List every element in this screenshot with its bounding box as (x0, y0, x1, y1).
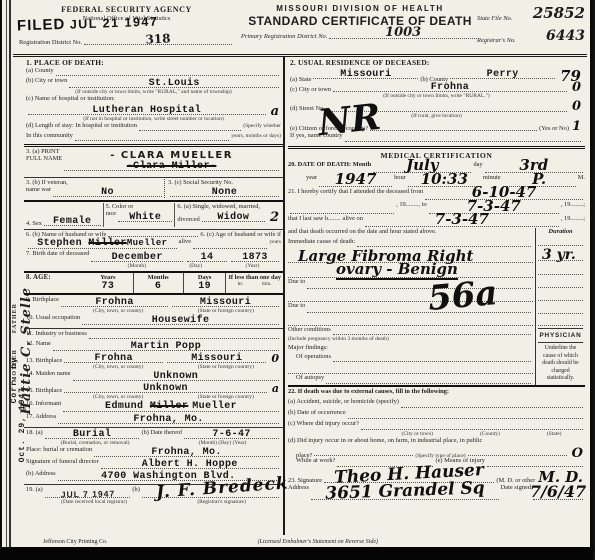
injury-where-label: (c) Where did injury occur? (288, 420, 359, 427)
injury-where-blank (361, 428, 583, 430)
date-signed-value: 7/6/47 (530, 482, 586, 501)
operations-spacer (288, 363, 533, 374)
primary-district-blank: 1003 (329, 37, 477, 39)
certificate-title: STANDARD CERTIFICATE OF DEATH (241, 14, 479, 28)
autopsy-label: Of autopsy (296, 374, 324, 381)
spouse-blank: Stephen MillerMueller (28, 247, 177, 249)
form-footer: Jefferson City Printing Co. (Licensed Em… (13, 535, 587, 547)
due-to-dots1 (307, 287, 531, 289)
physician-signature-label: 23. Signature (288, 477, 322, 484)
birthplace-section: 9. Birthplace Frohna Missouri (City, tow… (24, 295, 283, 329)
marital-label1: 6. (a) Single, widowed, married, (177, 203, 281, 210)
veteran-value: No (101, 187, 114, 198)
physician-label: PHYSICIAN (538, 328, 583, 339)
informant-value: Edmund Miller Mueller (105, 395, 237, 413)
name-country-row: If yes, name country (290, 132, 583, 143)
other-conditions-label: Other conditions (288, 326, 331, 333)
other-conditions-note: (Include pregnancy within 3 months of de… (288, 336, 533, 342)
informant-label: 16. Informant (26, 400, 61, 407)
occurrence-date-row: (b) Date of occurrence (288, 409, 585, 420)
right-column: 2. USUAL RESIDENCE OF DECEASED: (a) Stat… (285, 57, 587, 535)
accident-blank (401, 406, 583, 408)
father-name-value: Martin Popp (131, 341, 201, 352)
father-name-blank: Martin Popp (53, 349, 279, 351)
spouse-first: Stephen (37, 238, 88, 249)
attended-section: 21. I hereby certify that I attended the… (288, 188, 585, 228)
registrar-signature-note: (Registrar's signature) (197, 499, 246, 505)
physician-note: Underline the cause of which death shoul… (538, 342, 583, 383)
duration-line1 (538, 235, 583, 246)
day-note: (Day) (189, 263, 202, 269)
means-of-injury-blank (487, 465, 583, 467)
residence-state-value: Missouri (340, 69, 391, 80)
duration-value: 3 yr. (542, 247, 576, 263)
operations-label: Of operations (296, 353, 331, 360)
veteran-blank: No (53, 195, 162, 197)
dod-line2: year 1947 hour 10:33 minute P. M. (288, 174, 585, 188)
mother-name-blank: Unknown (73, 379, 279, 381)
physician-address-row: Address 3651 Grandel Sq Date signed 7/6/… (288, 484, 585, 501)
residence-city-label: (c) City or town (290, 86, 331, 93)
marital-cell: 6. (a) Single, widowed, married, divorce… (174, 203, 281, 227)
county-row: (a) County (26, 67, 281, 77)
injury-place-blank2 (468, 454, 567, 456)
veteran-row: name war No (26, 186, 164, 198)
due-to-label1: Due to (288, 278, 305, 285)
residence-code-d: 0 (572, 99, 581, 114)
citizen-note: (Yes or No) (539, 125, 569, 132)
ssn-label: 3. (c) Social Security No. (168, 179, 281, 186)
county-label: (a) County (26, 67, 54, 74)
community-note: years, months or days) (231, 133, 281, 139)
left-column: FATHER MOTHER Corr. by Oct. 29, 1947 Hat… (13, 57, 285, 535)
birthplace-city: Frohna (95, 297, 133, 308)
parents-informant-section: 11. Industry or business 12. Name Martin… (24, 329, 283, 428)
ssn-row: None (168, 186, 281, 198)
father-margin-label: FATHER (12, 303, 18, 333)
registrar-item-label: 19. (a) (26, 486, 43, 493)
funeral-director-row: Signature of funeral director Albert H. … (26, 458, 281, 470)
industry-label: 11. Industry or business (26, 330, 87, 337)
certificate-paper: FEDERAL SECURITY AGENCY National Office … (2, 0, 590, 547)
spouse-age-unit: years (269, 239, 281, 245)
mother-name-row: 14. Maiden name Unknown (26, 370, 281, 382)
birthdate-year: 1873 (242, 252, 268, 263)
month-note: (Month) (128, 263, 146, 269)
filed-stamp: FILED JUL 21 1947 (17, 13, 159, 36)
residence-street-row: (d) Street No. 0 (290, 99, 583, 113)
major-findings-label: Major findings: (288, 344, 533, 353)
race-row: race White (106, 210, 175, 223)
length-of-stay-blank (139, 129, 241, 131)
birthdate-notes: (Month) (Day) (Year) (26, 263, 281, 269)
at-work-label: While at work? (296, 457, 335, 464)
registrar-number-label: Registrar's No. (477, 37, 516, 44)
attended-line2-post: , 19........; (561, 201, 585, 208)
birthplace-state-blank: Missouri (172, 305, 279, 307)
marital-label2: divorced (177, 216, 199, 223)
burial-item-label: 18. (a) (26, 429, 43, 436)
attended-to-label: , 19........, to (396, 201, 427, 208)
race-blank: White (118, 220, 172, 222)
residence-state-row: (a) State Missouri (b) County Perry 79 (290, 67, 583, 80)
burial-place-value: Frohna, Mo. (151, 447, 221, 458)
sex-blank: Female (44, 224, 101, 226)
citizen-label: (e) Citizen of foreign country? (290, 125, 368, 132)
registrar-number-value: 6443 (546, 28, 585, 44)
primary-district-stamp: 1003 (385, 25, 421, 40)
length-of-stay-row: (d) Length of stay: In hospital or insti… (26, 122, 281, 132)
county-blank (56, 74, 279, 76)
occupation-blank: Housewife (82, 323, 279, 325)
burial-place-row: Place: burial or cremation Frohna, Mo. (26, 446, 281, 458)
veteran-ssn-cells: 3. (b) If veteran, name war No 3. (c) So… (26, 179, 281, 198)
birthplace-state: Missouri (200, 297, 251, 308)
duration-line6 (538, 301, 583, 314)
year-note: (Year) (245, 263, 259, 269)
registrar-number-line: Registrar's No. 6443 (477, 28, 585, 44)
age-less-than-day-cell: If less than one day hr. min. (225, 273, 283, 293)
form-body: FATHER MOTHER Corr. by Oct. 29, 1947 Hat… (13, 57, 587, 535)
injury-place-blank1 (314, 454, 413, 456)
residence-state-blank: Missouri (313, 77, 418, 79)
city-blank: St.Louis (69, 86, 279, 88)
spouse-age-label: 6. (c) Age of husband or wife if (200, 231, 281, 238)
informant-row: 16. Informant Edmund Miller Mueller (26, 400, 281, 413)
cause-main: and that death occurred on the date and … (288, 228, 535, 385)
birthplace-label: 9. Birthplace (26, 296, 59, 303)
residence-section: 2. USUAL RESIDENCE OF DECEASED: (a) Stat… (288, 57, 585, 149)
death-occurred-line: and that death occurred on the date and … (288, 228, 533, 238)
occupation-value: Housewife (152, 315, 210, 326)
burial-date-blank: 7-6-47 (184, 437, 279, 439)
father-name-row: 12. Name Martin Popp (26, 340, 281, 352)
dod-hour-blank: 10:33 (408, 185, 481, 187)
immediate-cause-row: Immediate cause of death: (288, 238, 533, 248)
birthdate-month: December (112, 252, 163, 263)
sex-value: Female (53, 216, 91, 227)
injury-where-row: (c) Where did injury occur? (288, 420, 585, 431)
informant-struck-surname: Miller (150, 401, 188, 412)
community-row: In this community years, months or days) (26, 132, 281, 142)
funeral-address-row: (b) Address 4700 Washington Blvd. (26, 470, 281, 482)
informant-address-label: 17. Address (26, 413, 56, 420)
father-birthplace-row: 13. Birthplace Frohna Missouri 0 (26, 352, 281, 364)
residence-code-c: 0 (572, 80, 581, 95)
burial-date-value: 7-6-47 (212, 429, 250, 440)
marital-blank: Widow (202, 220, 265, 222)
informant-corrected-surname: Mueller (192, 401, 237, 412)
mother-name-value: Unknown (153, 371, 198, 382)
age-title-cell: 8. AGE: (24, 273, 83, 293)
residence-title: 2. USUAL RESIDENCE OF DECEASED: (290, 58, 583, 67)
informant-address-blank: Frohna, Mo. (58, 422, 279, 424)
physician-signature-section: 23. Signature Theo H. Hauser (M. D. or o… (288, 468, 585, 501)
sex-race-marital-cells: 4. Sex Female 5. Color or race White (26, 203, 281, 227)
state-file-label: State File No. (477, 15, 512, 22)
registrar-notes: (Date received local registrar) (Registr… (26, 499, 281, 505)
place-of-death-title: 1. PLACE OF DEATH: (26, 58, 281, 67)
father-birthplace-label: 13. Birthplace (26, 357, 62, 364)
registrar-signature-blank (142, 496, 279, 498)
spouse-birthdate-section: 6. (b) Name of husband or wife 6. (c) Ag… (24, 230, 283, 273)
birthdate-year-blank: 1873 (231, 260, 279, 262)
years-header: Years (85, 274, 130, 281)
occupation-row: 10. Usual occupation Housewife (26, 314, 281, 326)
min-label: min. (262, 281, 272, 287)
industry-blank (89, 337, 279, 339)
birthdate-day: 14 (201, 252, 214, 263)
printer-credit: Jefferson City Printing Co. (43, 539, 108, 545)
months-value: 6 (136, 281, 181, 292)
registrar-section: 19. (a) JUL 7 1947 (b) (Date received lo… (24, 485, 283, 506)
birthdate-label: 7. Birth date of deceased (26, 250, 89, 257)
other-conditions-dots (333, 333, 531, 335)
injury-place-row: place? (Specify type of place) O (288, 446, 585, 457)
burial-date-label: (b) Date thereof (141, 429, 182, 436)
dod-year-label: year (306, 174, 317, 181)
cause-hand-line2: ovary - Benign (336, 260, 458, 280)
injury-state-note: (State) (547, 431, 562, 437)
father-birthplace-state: Missouri (191, 353, 242, 364)
burial-row: 18. (a) Burial (b) Date thereof 7-6-47 (26, 429, 281, 440)
filed-stamp-word: FILED (17, 16, 66, 35)
physician-address-blank: 3651 Grandel Sq (311, 498, 499, 500)
dod-year: 1947 (335, 170, 377, 188)
registration-district-stamp: 318 (145, 31, 171, 46)
birthplace-city-blank: Frohna (61, 305, 168, 307)
residence-county-value: Perry (487, 69, 519, 80)
duration-line5 (538, 288, 583, 301)
duration-line7 (538, 314, 583, 326)
informant-address-value: Frohna, Mo. (133, 414, 203, 425)
accident-label: (a) Accident, suicide, or homicide (spec… (288, 398, 399, 405)
burial-blank: Burial (45, 437, 140, 439)
days-value: 19 (186, 281, 224, 292)
funeral-address-blank: 4700 Washington Blvd. (58, 479, 279, 481)
occurrence-date-label: (b) Date of occurrence (288, 409, 346, 416)
funeral-address-label: (b) Address (26, 470, 56, 477)
race-label2: race (106, 210, 117, 217)
primary-district-line: Primary Registration District No. 1003 (241, 33, 479, 40)
ssn-blank: None (170, 195, 279, 197)
informant-address-row: 17. Address Frohna, Mo. (26, 413, 281, 425)
hospital-label-row: (c) Name of hospital or institution: (26, 95, 281, 104)
other-conditions-row: Other conditions (288, 326, 533, 336)
title-block: MISSOURI DIVISION OF HEALTH STANDARD CER… (241, 4, 479, 40)
dod-minute-label: minute (483, 174, 501, 181)
registration-district-label: Registration District No. (19, 39, 82, 46)
sex-label: 4. Sex (26, 220, 42, 227)
marital-hand-mark: 2 (270, 210, 279, 225)
dod-day-label: day (473, 161, 482, 168)
date-signed-label: Date signed (501, 484, 531, 491)
hr-min-row: hr. min. (228, 281, 281, 287)
duration-line3 (538, 261, 583, 275)
race-cell: 5. Color or race White (103, 203, 175, 227)
sex-race-marital-section: 4. Sex Female 5. Color or race White (24, 202, 283, 230)
residence-city-blank: Frohna (333, 90, 567, 92)
funeral-director-value: Albert H. Hoppe (142, 459, 238, 470)
name-country-blank (345, 140, 581, 142)
informant-blank: Edmund Miller Mueller (63, 410, 279, 412)
months-header: Months (136, 274, 181, 281)
age-days-cell: Days 19 (183, 273, 226, 293)
father-birthplace-city: Frohna (95, 353, 133, 364)
attended-label: 21. I hereby certify that I attended the… (288, 188, 423, 195)
name-country-label: If yes, name country (290, 132, 343, 139)
specify-whether-note: (Specify whether (243, 123, 281, 129)
operations-row: Of operations (288, 353, 533, 363)
attended-line2-blank (290, 212, 394, 214)
length-of-stay-label: (d) Length of stay: In hospital or insti… (26, 122, 137, 129)
autopsy-dots (326, 382, 531, 384)
age-section: 8. AGE: Years 73 Months 6 Days 19 (24, 273, 283, 295)
mother-birthplace-mark: a (272, 382, 279, 395)
date-signed-blank: 7/6/47 (533, 498, 583, 500)
duration-line2: 3 yr. (538, 246, 583, 261)
immediate-cause-dots0 (357, 245, 531, 247)
father-birthplace-city-blank: Frohna (64, 361, 163, 363)
dod-year-blank: 1947 (319, 185, 392, 187)
years-value: 73 (85, 281, 130, 292)
community-label: In this community (26, 132, 73, 139)
race-label1: 5. Color or (106, 203, 175, 210)
print-label-line1: 3. (a) PRINT (26, 148, 60, 155)
residence-city-row: (c) City or town Frohna 0 (290, 80, 583, 93)
due-to-row2: Due to (288, 302, 533, 314)
spouse-alive-label: alive (179, 238, 191, 245)
dod-hour-label: hour (394, 174, 406, 181)
residence-city-value: Frohna (431, 82, 469, 93)
marital-row: divorced Widow 2 (177, 210, 281, 223)
date-of-death-section: 20. DATE OF DEATH: Month July day 3rd ye… (288, 161, 585, 188)
dod-hour: 10:33 (421, 170, 468, 188)
birthdate-month-blank: December (91, 260, 183, 262)
spouse-corrected-surname: Mueller (127, 238, 168, 248)
due-to-spacer2 (288, 314, 533, 326)
hospital-value-row: Lutheran Hospital a (26, 104, 281, 116)
mother-birthplace-blank: Unknown (64, 391, 267, 393)
birthplace-row: 9. Birthplace Frohna Missouri (26, 296, 281, 308)
days-header: Days (186, 274, 224, 281)
typed-name-struck: -Clara Miller- (127, 161, 217, 172)
due-to-spacer1 (288, 290, 533, 302)
sex-cell: 4. Sex Female (26, 203, 103, 227)
accident-row: (a) Accident, suicide, or homicide (spec… (288, 398, 585, 409)
immediate-cause-line1: Large Fibroma Right (288, 248, 533, 263)
autopsy-row: Of autopsy (288, 374, 533, 385)
industry-row: 11. Industry or business (26, 330, 281, 340)
birthdate-row: 7. Birth date of deceased December 14 18… (26, 250, 281, 263)
immediate-cause-line2: ovary - Benign (288, 263, 533, 278)
spouse-value: Stephen MillerMueller (37, 232, 167, 250)
dod-m-label: M. (578, 174, 585, 181)
mother-birthplace-row: 15. Birthplace Unknown a (26, 382, 281, 394)
duration-physician-strip: Duration 3 yr. PHYSICIAN Underline the c… (535, 228, 585, 385)
age-title: 8. AGE: (26, 274, 81, 281)
residence-street-blank (327, 110, 567, 112)
race-value: White (129, 212, 161, 223)
duration-header: Duration (538, 228, 583, 235)
full-name-row: 3. (a) PRINT FULL NAME - CLARA MUELLER -… (26, 148, 281, 172)
injury-county-note: (County) (480, 431, 500, 437)
attended-line1: 21. I hereby certify that I attended the… (288, 188, 585, 201)
ssn-cell: 3. (c) Social Security No. None (164, 179, 281, 198)
place-of-death-section: 1. PLACE OF DEATH: (a) County (b) City o… (24, 57, 283, 147)
spouse-age-blank (193, 247, 267, 249)
registrar-row: 19. (a) JUL 7 1947 (b) (26, 486, 281, 499)
veteran-label1: 3. (b) If veteran, (26, 179, 164, 186)
city-value: St.Louis (149, 78, 200, 89)
operations-dots (333, 360, 531, 362)
occupation-label: 10. Usual occupation (26, 314, 80, 321)
veteran-ssn-section: 3. (b) If veteran, name war No 3. (c) So… (24, 178, 283, 202)
physician-address: 3651 Grandel Sq (325, 478, 485, 504)
due-to-dots2 (307, 311, 531, 313)
age-table: 8. AGE: Years 73 Months 6 Days 19 (24, 273, 283, 293)
last-seen-line: that I last saw h........ alive on 7-3-4… (288, 215, 585, 228)
immediate-cause-label: Immediate cause of death: (288, 238, 355, 245)
duration-line4 (538, 275, 583, 288)
print-full-name-label: 3. (a) PRINT FULL NAME (26, 148, 62, 162)
external-causes-title: 22. If death was due to external causes,… (288, 388, 585, 398)
file-numbers-block: State File No. 25852 Registrar's No. 644… (477, 4, 585, 44)
registrar-sig-item-label: (b) (132, 486, 139, 493)
occurrence-date-blank (348, 417, 583, 419)
spouse-value-row: Stephen MillerMueller alive years (26, 238, 281, 250)
physician-address-label: Address (288, 484, 309, 491)
city-row: (b) City or town St.Louis (26, 77, 281, 89)
injury-home-label: (d) Did injury occur in or about home, o… (288, 437, 585, 446)
citizen-row: (e) Citizen of foreign country? (Yes or … (290, 119, 583, 132)
certificate-header: FEDERAL SECURITY AGENCY National Office … (13, 2, 587, 57)
last-seen-label: that I last saw h........ alive on (288, 215, 363, 222)
last-seen-post: , 19........; (561, 215, 585, 222)
full-name-section: 3. (a) PRINT FULL NAME - CLARA MUELLER -… (24, 147, 283, 178)
father-name-label: 12. Name (26, 340, 51, 347)
due-to-label2: Due to (288, 302, 305, 309)
birthdate-day-blank: 14 (187, 260, 227, 262)
marital-value: Widow (217, 212, 249, 223)
ssn-value: None (212, 187, 238, 198)
funeral-address-value: 4700 Washington Blvd. (101, 471, 235, 482)
last-seen-blank: 7-3-47 (365, 225, 559, 227)
age-years-cell: Years 73 (83, 273, 132, 293)
community-blank (75, 139, 229, 141)
informant-first: Edmund (105, 401, 150, 412)
external-causes-section: 22. If death was due to external causes,… (288, 388, 585, 468)
filed-stamp-date: JUL 21 1947 (70, 15, 159, 32)
veteran-label2: name war (26, 186, 51, 193)
hr-label: hr. (238, 281, 244, 287)
residence-street-label: (d) Street No. (290, 105, 325, 112)
date-received-stamp: JUL 7 1947 (60, 489, 114, 500)
hospital-hand-mark: a (271, 104, 279, 119)
mother-birthplace-label: 15. Birthplace (26, 387, 62, 394)
due-to-row1: Due to (288, 278, 533, 290)
father-birthplace-mark: 0 (271, 352, 279, 365)
father-birthplace-state-blank: Missouri (167, 361, 266, 363)
burial-value: Burial (73, 429, 111, 440)
date-received-blank: JUL 7 1947 (45, 496, 131, 498)
city-label: (b) City or town (26, 77, 67, 84)
citizen-blank (370, 129, 537, 131)
registration-district-blank: 318 (84, 43, 232, 45)
residence-county-blank: Perry (450, 77, 555, 79)
state-file-number: 25852 (533, 4, 585, 22)
hospital-value: Lutheran Hospital (92, 105, 201, 116)
